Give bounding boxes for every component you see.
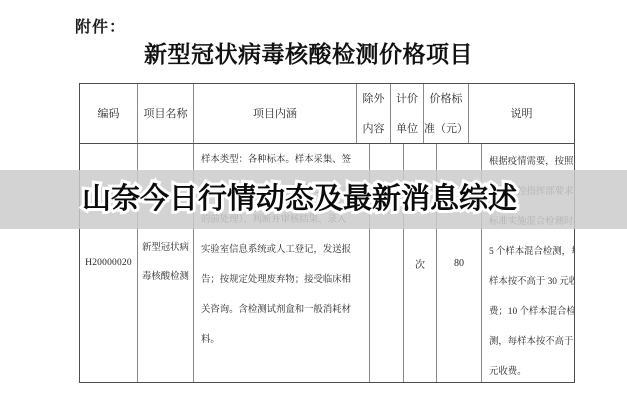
header-unit: 计价 单位	[391, 84, 424, 143]
header-name: 项目名称	[138, 84, 194, 143]
headline-banner: 山奈今日行情动态及最新消息综述 山奈今日行情动态及最新消息综述	[0, 170, 627, 229]
table-header-row: 编码 项目名称 项目内涵 除外 内容 计价 单位 价格标 准（元） 说明	[80, 84, 574, 144]
headline-text: 山奈今日行情动态及最新消息综述	[82, 185, 517, 214]
headline-wrap: 山奈今日行情动态及最新消息综述 山奈今日行情动态及最新消息综述	[82, 185, 517, 214]
header-code: 编码	[80, 84, 138, 143]
header-price: 价格标 准（元）	[424, 84, 469, 143]
document-title: 新型冠状病毒核酸检测价格项目	[0, 36, 622, 69]
header-content: 项目内涵	[194, 84, 357, 143]
header-note: 说明	[469, 84, 574, 143]
price-table: 编码 项目名称 项目内涵 除外 内容 计价 单位 价格标 准（元） 说明	[79, 83, 575, 383]
attachment-label: 附件：	[75, 14, 126, 37]
header-excluded: 除外 内容	[357, 84, 391, 143]
